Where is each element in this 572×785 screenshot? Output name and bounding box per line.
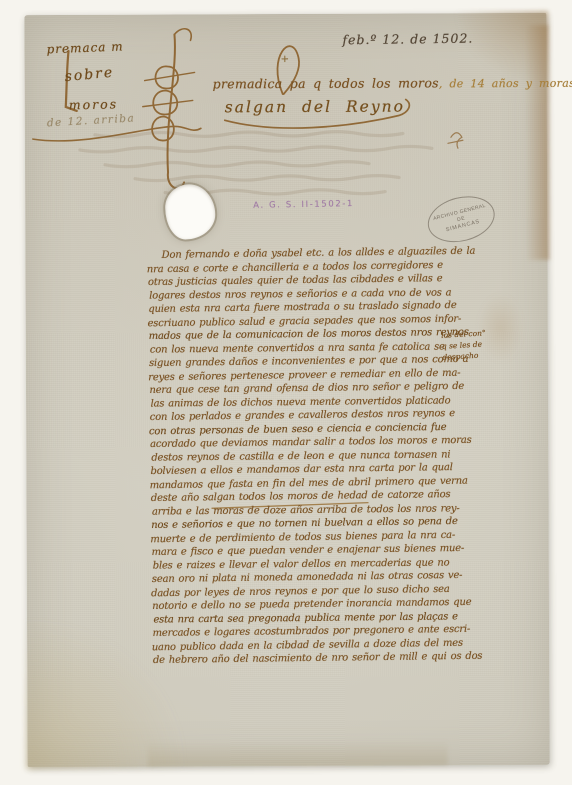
archival-reference: A. G. S. II-1502-1 (253, 199, 354, 211)
paper-stain-bottom-edge (148, 739, 448, 766)
manuscript-body: Don fernando e doña ysabel etc. a los al… (148, 245, 475, 668)
manuscript-line: con los nueva mente convertidos a nra sa… (150, 340, 472, 357)
margin-annotation-title: premaca m (46, 39, 124, 56)
manuscript-line: arriba e las moras de doze años arriba d… (152, 502, 474, 519)
heading-line-1-addition: , de 14 años y moras (439, 77, 572, 91)
manuscript-line: logares destos nros reynos e señorios e … (149, 286, 471, 303)
manuscript-page: premaca m sobre moros de 12. arriba feb.… (24, 13, 549, 767)
margin-annotation-age: de 12. arriba (47, 112, 136, 129)
paper-stain-right-edge (524, 25, 549, 260)
manuscript-line: bles e raizes e llevar el valor dellos e… (153, 556, 475, 573)
manuscript-line: esta nra carta sea pregonada publica men… (153, 610, 475, 627)
heading-line-2: salgan del Reyno (225, 97, 405, 116)
paper-hole (165, 184, 215, 239)
photo-background: premaca m sobre moros de 12. arriba feb.… (0, 0, 572, 785)
manuscript-line: las animas de los dichos nueva mente con… (151, 394, 473, 411)
heading-line-1: premadica pa q todos los moros, de 14 añ… (213, 75, 572, 92)
date-annotation: feb.º 12. de 1502. (342, 31, 473, 48)
archive-stamp: ARCHIVO GENERAL DE SIMANCAS (423, 190, 500, 249)
margin-annotation-moros: moros (69, 96, 119, 112)
margin-annotation-sobre: sobre (64, 65, 115, 85)
heading-line-1-main: premadica pa q todos los moros (213, 75, 439, 91)
manuscript-line: destos reynos de castilla e de leon e qu… (151, 448, 473, 465)
cross-mark: + (281, 54, 289, 65)
